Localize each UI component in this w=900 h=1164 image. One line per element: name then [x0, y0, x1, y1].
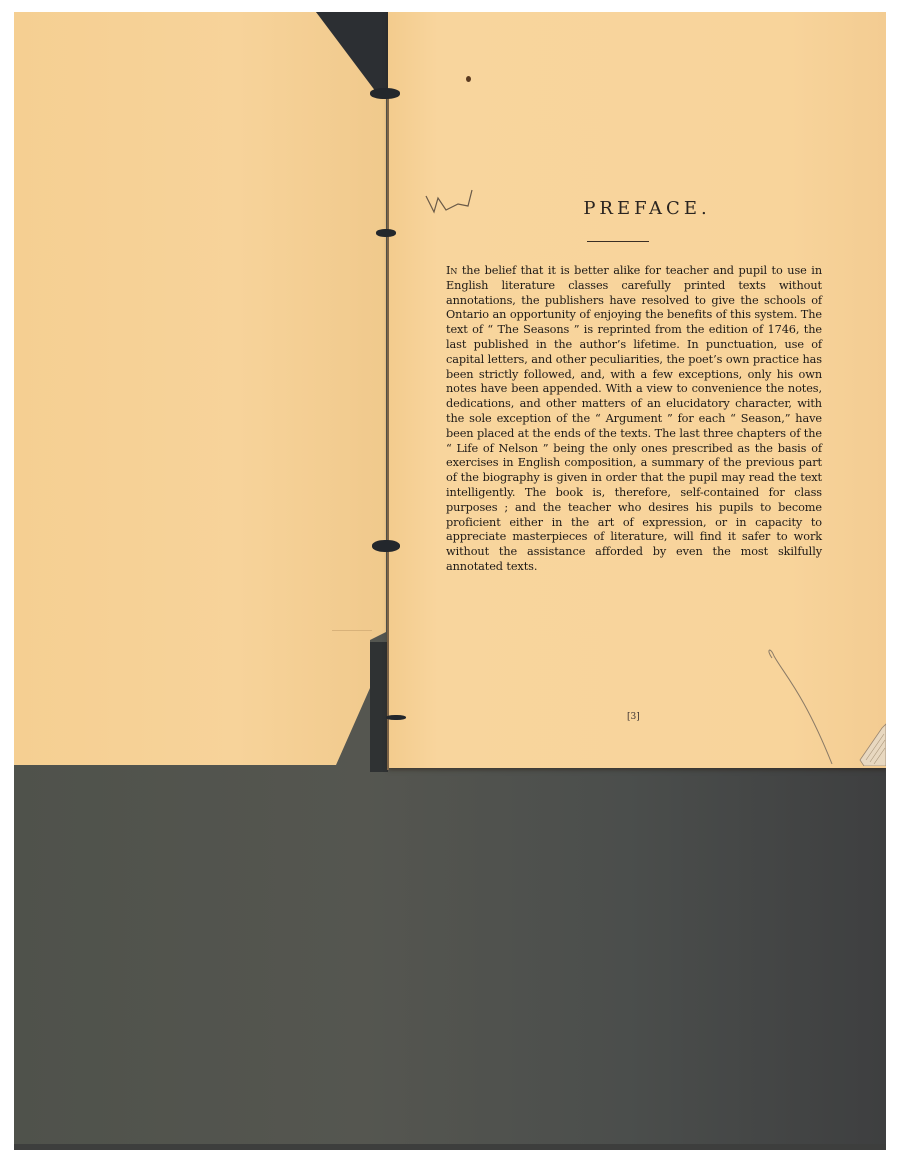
page-title: PREFACE.: [432, 198, 824, 219]
torn-page-corner-icon: [852, 720, 886, 766]
spine-shadow-bottom: [370, 642, 388, 772]
binding-stitch-icon: [370, 88, 400, 99]
scanned-book-spread: PREFACE. In the belief that it is better…: [14, 12, 886, 1150]
paragraph-body: the belief that it is better alike for t…: [446, 264, 822, 573]
preface-paragraph: In the belief that it is better alike fo…: [446, 264, 822, 575]
paragraph-lead-word: In: [446, 264, 457, 277]
ink-spot: [466, 76, 471, 82]
left-page-blank: [14, 12, 386, 765]
binding-stitch-icon: [372, 540, 400, 552]
binding-stitch-icon: [386, 715, 406, 720]
book-spine-line: [387, 90, 389, 770]
binding-stitch-icon: [376, 229, 396, 237]
pencil-line-icon: [764, 644, 844, 764]
page-number: [3]: [627, 712, 640, 722]
scan-bottom-edge: [14, 1144, 886, 1150]
left-page-fold-crease: [332, 630, 372, 639]
title-rule-divider: [587, 241, 649, 242]
